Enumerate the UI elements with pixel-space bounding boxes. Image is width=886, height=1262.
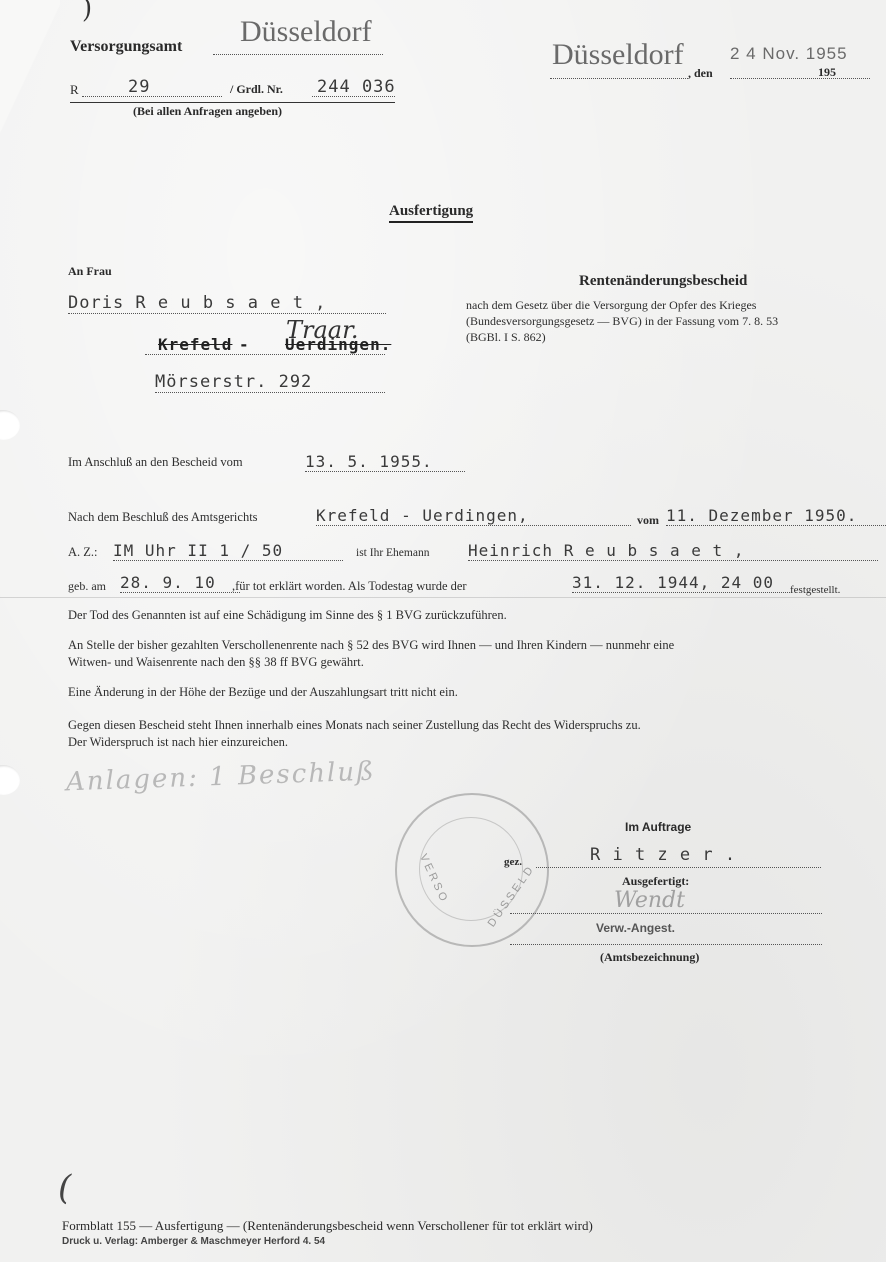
punch-hole-top — [0, 410, 20, 440]
court-date: 11. Dezember 1950. — [666, 506, 886, 526]
date-line — [730, 78, 870, 79]
reference-line: R 29 / Grdl. Nr. 244 036 — [70, 80, 395, 103]
paragraph-4-line-2: Der Widerspruch ist nach hier einzureich… — [68, 735, 288, 750]
notice-line-3: (BGBl. I S. 862) — [466, 330, 546, 345]
handwritten-enclosure-note: Anlagen: 1 Beschluß — [66, 757, 376, 798]
recipient-street: Mörserstr. 292 — [155, 372, 385, 393]
ref-intro: Im Anschluß an den Bescheid vom — [68, 455, 243, 470]
court-intro: Nach dem Beschluß des Amtsgerichts — [68, 510, 258, 525]
place-line — [550, 78, 688, 79]
recipient-name: Doris R e u b s a e t , — [68, 293, 386, 314]
paragraph-2-line-2: Witwen- und Waisenrente nach den §§ 38 f… — [68, 655, 364, 670]
born-date: 28. 9. 10 — [120, 573, 240, 593]
signer-name: R i t z e r . — [590, 845, 736, 865]
page-fold-shadow — [0, 0, 60, 200]
office-line — [213, 54, 383, 55]
declared-text: ,für tot erklärt worden. Als Todestag wu… — [232, 579, 467, 594]
title-line — [510, 944, 822, 945]
paragraph-4-line-1: Gegen diesen Bescheid steht Ihnen innerh… — [68, 718, 641, 733]
margin-bracket-mark: ( — [58, 1168, 71, 1208]
city-dash: - — [239, 335, 250, 354]
printer-line: Druck u. Verlag: Amberger & Maschmeyer H… — [62, 1236, 325, 1247]
ref-date: 13. 5. 1955. — [305, 452, 465, 472]
az-label: A. Z.: — [68, 545, 98, 560]
city-handwritten-correction: Traar. — [286, 316, 359, 344]
husband-name: Heinrich R e u b s a e t , — [468, 541, 878, 561]
husband-label: ist Ihr Ehemann — [356, 547, 429, 559]
issued-line — [510, 913, 822, 914]
vom-label: vom — [637, 513, 659, 528]
death-date: 31. 12. 1944, 24 00 — [572, 573, 790, 593]
corner-check-mark: ) — [79, 0, 94, 25]
city-struck-left: Krefeld — [158, 335, 232, 354]
paragraph-1: Der Tod des Genannten ist auf eine Schäd… — [68, 608, 507, 623]
ref-number: 29 — [128, 77, 150, 97]
title-stamp: Verw.-Angest. — [596, 921, 675, 935]
city-line — [145, 354, 385, 355]
ref-note: (Bei allen Anfragen angeben) — [133, 104, 282, 119]
on-behalf-label: Im Auftrage — [625, 820, 691, 834]
paragraph-3: Eine Änderung in der Höhe der Bezüge und… — [68, 685, 458, 700]
grdl-label: / Grdl. Nr. — [230, 82, 283, 97]
notice-line-2: (Bundesversorgungsgesetz — BVG) in der F… — [466, 314, 778, 329]
year-preprint: 195 — [818, 65, 836, 80]
punch-hole-bottom — [0, 765, 20, 795]
office-city-stamp: Düsseldorf — [240, 15, 372, 49]
place-stamp: Düsseldorf — [552, 38, 684, 72]
document-title: Ausfertigung — [389, 203, 473, 223]
established-label: festgestellt. — [790, 584, 840, 596]
ref-prefix: R — [70, 82, 79, 98]
paragraph-2-line-1: An Stelle der bisher gezahlten Verscholl… — [68, 638, 674, 653]
az-value: IM Uhr II 1 / 50 — [113, 541, 343, 561]
date-stamp: 2 4 Nov. 1955 — [730, 44, 848, 64]
paper-crease — [0, 597, 886, 598]
den-label: , den — [688, 66, 713, 81]
ref-dots — [82, 96, 222, 97]
office-label: Versorgungsamt — [70, 38, 182, 56]
official-seal: VERSO DÜSSELD — [395, 793, 549, 947]
issued-label: Ausgefertigt: — [622, 874, 689, 889]
gez-label: gez. — [504, 856, 522, 868]
salutation: An Frau — [68, 264, 112, 279]
notice-line-1: nach dem Gesetz über die Versorgung der … — [466, 298, 756, 313]
form-line: Formblatt 155 — Ausfertigung — (Rentenän… — [62, 1218, 593, 1234]
born-label: geb. am — [68, 579, 106, 594]
title-caption: (Amtsbezeichnung) — [600, 950, 699, 965]
grdl-number: 244 036 — [317, 77, 396, 97]
notice-heading: Rentenänderungsbescheid — [579, 273, 747, 290]
court-name: Krefeld - Uerdingen, — [316, 506, 631, 526]
handwritten-signature: Wendt — [614, 888, 685, 913]
gez-line — [536, 867, 821, 868]
